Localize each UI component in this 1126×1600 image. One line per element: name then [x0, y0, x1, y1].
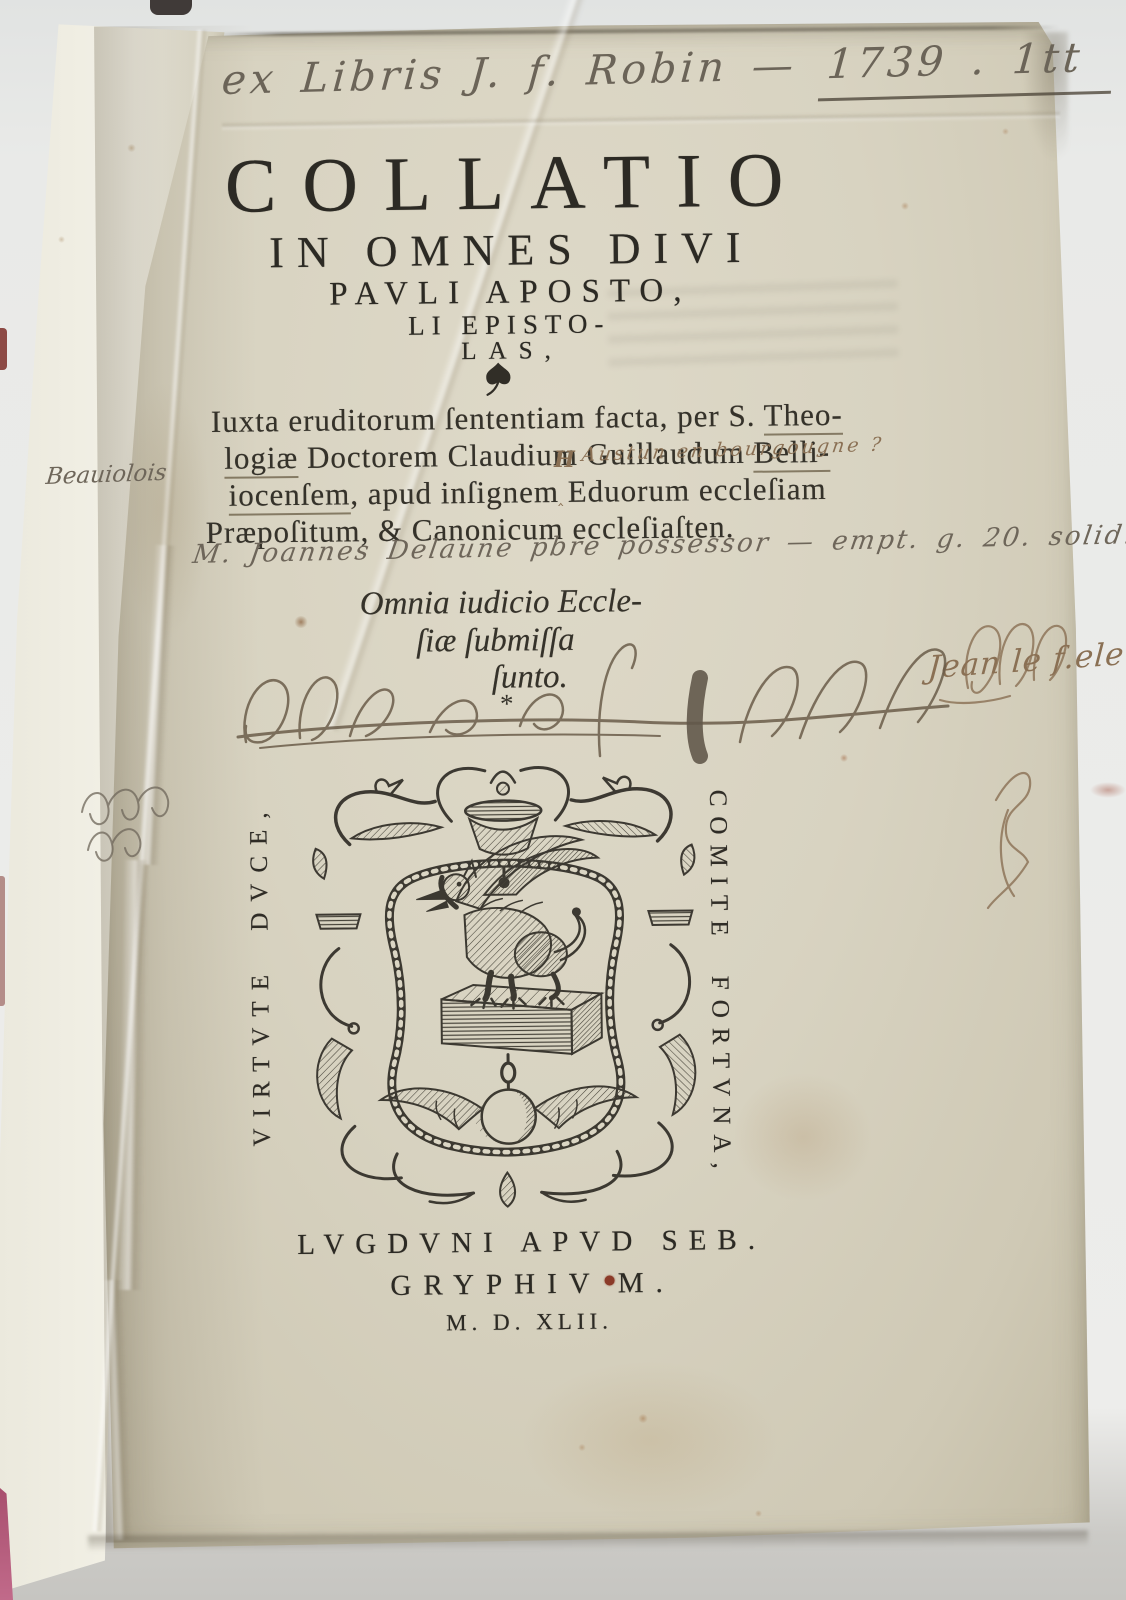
margin-scribble-left — [82, 787, 168, 860]
cover-edge-red — [0, 876, 5, 1006]
signature-flourish-right — [940, 624, 1066, 908]
handwriting-flourishes — [0, 0, 1126, 1600]
cover-edge-red — [0, 328, 7, 370]
edge-smudge — [1090, 782, 1126, 798]
crossed-out-signature — [238, 644, 948, 756]
book-title-page-photo: COLLATIO IN OMNES DIVI PAVLI APOSTO, LI … — [0, 0, 1126, 1600]
top-edge-mark — [150, 0, 192, 15]
